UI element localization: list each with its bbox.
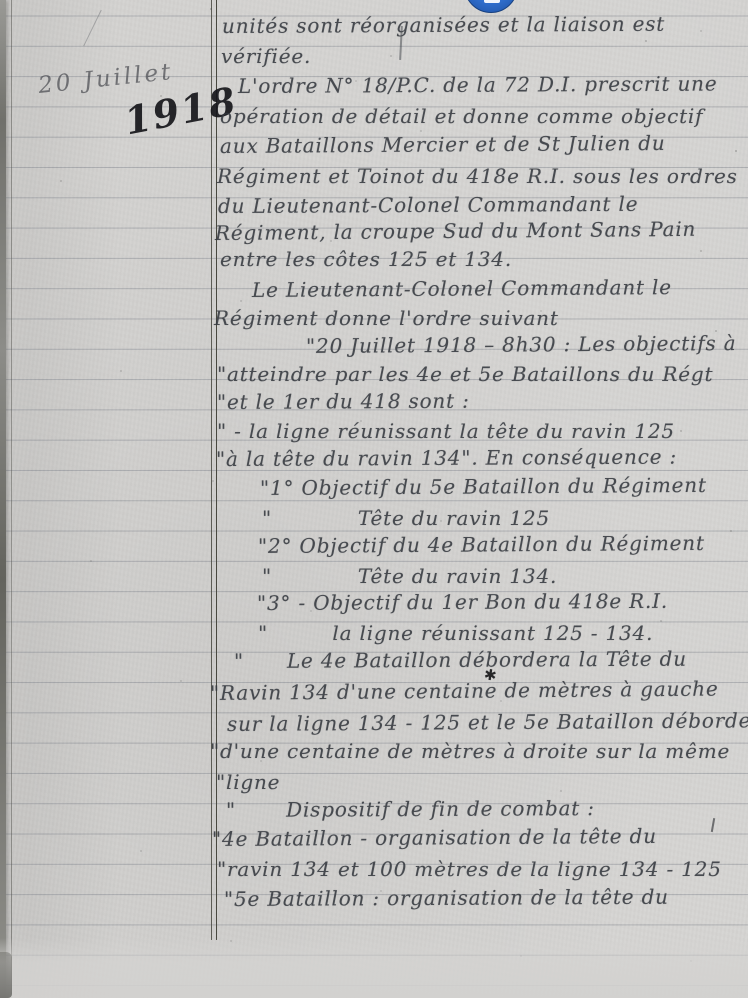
ink-blot-mark: ✱ xyxy=(483,665,498,685)
handwritten-line: " Le 4e Bataillon débordera la Tête du xyxy=(234,647,687,673)
handwritten-line: "5e Bataillon : organisation de la tête … xyxy=(224,885,669,911)
handwritten-line: "2° Objectif du 4e Bataillon du Régiment xyxy=(258,531,705,558)
handwritten-line: "à la tête du ravin 134". En conséquence… xyxy=(216,445,677,471)
handwritten-line: vérifiée. xyxy=(221,44,311,68)
handwritten-line: "1° Objectif du 5e Bataillon du Régiment xyxy=(260,473,707,500)
handwritten-line: L'ordre N° 18/P.C. de la 72 D.I. prescri… xyxy=(238,71,718,98)
handwritten-line: " la ligne réunissant 125 - 134. xyxy=(258,621,653,645)
handwritten-line: "3° - Objectif du 1er Bon du 418e R.I. xyxy=(257,589,668,615)
handwritten-line: "atteindre par les 4e et 5e Bataillons d… xyxy=(217,362,713,386)
handwritten-line: "Ravin 134 d'une centaine de mètres à ga… xyxy=(210,677,719,705)
handwritten-line: unités sont réorganisées et la liaison e… xyxy=(222,12,665,38)
bottom-left-spot xyxy=(0,952,12,998)
scanned-journal-page: 20 Juillet 1918 unités sont réorganisées… xyxy=(0,0,748,998)
handwritten-line: " Tête du ravin 134. xyxy=(262,564,557,588)
handwritten-line: "ravin 134 et 100 mètres de la ligne 134… xyxy=(217,857,722,881)
page-left-edge xyxy=(0,0,6,998)
handwritten-line: sur la ligne 134 - 125 et le 5e Bataillo… xyxy=(227,708,748,736)
handwritten-line: entre les côtes 125 et 134. xyxy=(220,247,512,271)
handwritten-line: Régiment, la croupe Sud du Mont Sans Pai… xyxy=(215,217,696,245)
handwritten-line: " Dispositif de fin de combat : xyxy=(226,796,595,822)
handwritten-line: "20 Juillet 1918 – 8h30 : Les objectifs … xyxy=(306,331,737,358)
paper-speckles xyxy=(0,0,2,2)
pin-icon xyxy=(484,0,500,3)
margin-rule-line xyxy=(211,0,212,940)
handwritten-line: "et le 1er du 418 sont : xyxy=(217,389,470,414)
handwritten-line: opération de détail et donne comme objec… xyxy=(220,104,703,128)
handwritten-line: "4e Bataillon - organisation de la tête … xyxy=(212,824,657,851)
handwritten-line: Régiment et Toinot du 418e R.I. sous les… xyxy=(217,164,738,188)
handwritten-line: "ligne xyxy=(216,770,280,794)
handwritten-line: Régiment donne l'ordre suivant xyxy=(214,306,559,330)
handwritten-line: Le Lieutenant-Colonel Commandant le xyxy=(252,275,672,302)
handwritten-line: "d'une centaine de mètres à droite sur l… xyxy=(210,739,730,763)
handwritten-line: " - la ligne réunissant la tête du ravin… xyxy=(217,419,675,443)
left-binding-line xyxy=(11,0,12,998)
handwritten-line: du Lieutenant-Colonel Commandant le xyxy=(218,192,638,218)
handwritten-line: " Tête du ravin 125 xyxy=(262,506,550,530)
handwritten-line: aux Bataillons Mercier et de St Julien d… xyxy=(220,131,666,158)
